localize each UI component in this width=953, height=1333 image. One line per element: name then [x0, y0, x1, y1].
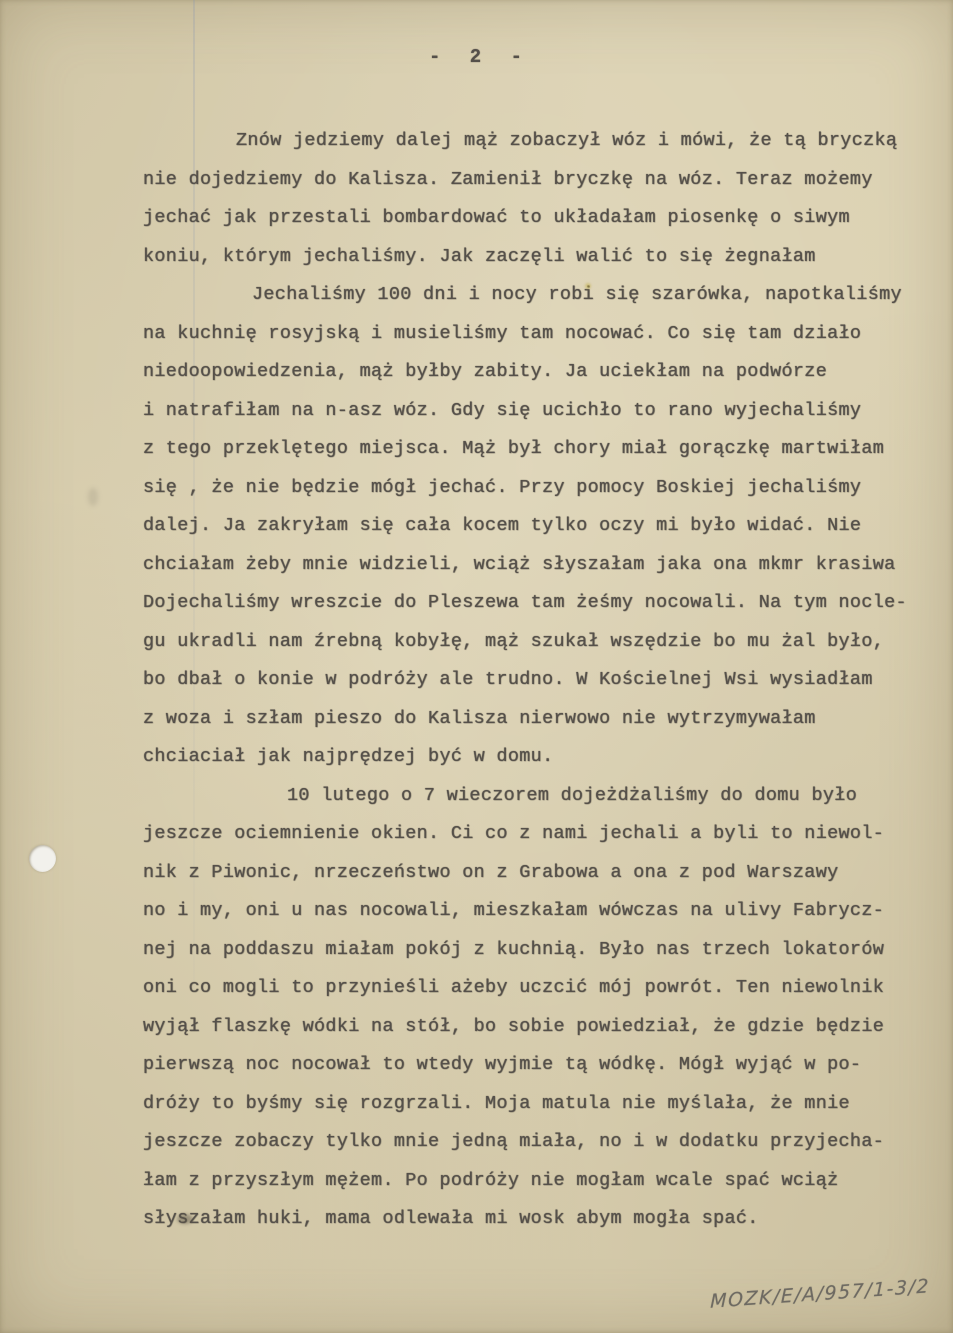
typed-line: Jechaliśmy 100 dni i nocy robi się szaró…: [143, 276, 953, 315]
typed-line: nej na poddaszu miałam pokój z kuchnią. …: [143, 931, 953, 970]
typed-line: koniu, którym jechaliśmy. Jak zaczęli wa…: [143, 238, 953, 277]
typed-line: się , że nie będzie mógł jechać. Przy po…: [143, 469, 953, 508]
typed-line: 10 lutego o 7 wieczorem dojeżdżaliśmy do…: [143, 777, 953, 816]
page-number: - 2 -: [0, 46, 953, 68]
scanned-typescript-page: - 2 - Znów jedziemy dalej mąż zobaczył w…: [0, 0, 953, 1333]
typed-line: z woza i szłam pieszo do Kalisza nierwow…: [143, 700, 953, 739]
typed-line: wyjął flaszkę wódki na stół, bo sobie po…: [143, 1008, 953, 1047]
typed-line: chciaciał jak najprędzej być w domu.: [143, 738, 953, 777]
typed-line: nie dojedziemy do Kalisza. Zamienił bryc…: [143, 161, 953, 200]
typed-line: gu ukradli nam źrebną kobyłę, mąż szukał…: [143, 623, 953, 662]
typed-line: niedoopowiedzenia, mąż byłby zabity. Ja …: [143, 353, 953, 392]
ink-smudge: [177, 1214, 193, 1224]
typed-line: no i my, oni u nas nocowali, mieszkałam …: [143, 892, 953, 931]
archival-reference-note: MOZK/E/A/957/1-3/2: [710, 1275, 930, 1312]
typed-line: jeszcze zobaczy tylko mnie jedną miała, …: [143, 1123, 953, 1162]
paper-stain: [585, 283, 591, 289]
typed-line: nik z Piwonic, nrzeczeństwo on z Grabowa…: [143, 854, 953, 893]
typescript-block: Znów jedziemy dalej mąż zobaczył wóz i m…: [143, 122, 953, 1239]
typed-line: Znów jedziemy dalej mąż zobaczył wóz i m…: [143, 122, 953, 161]
typed-line: oni co mogli to przynieśli ażeby uczcić …: [143, 969, 953, 1008]
typed-line: dalej. Ja zakryłam się cała kocem tylko …: [143, 507, 953, 546]
typed-line: i natrafiłam na n-asz wóz. Gdy się ucich…: [143, 392, 953, 431]
typed-line: jechać jak przestali bombardować to ukła…: [143, 199, 953, 238]
typed-line: słyszałam huki, mama odlewała mi wosk ab…: [143, 1200, 953, 1239]
typed-line: na kuchnię rosyjską i musieliśmy tam noc…: [143, 315, 953, 354]
typed-line: chciałam żeby mnie widzieli, wciąż słysz…: [143, 546, 953, 585]
hole-punch: [29, 845, 56, 872]
paper-stain: [88, 488, 98, 506]
typed-line: z tego przeklętego miejsca. Mąż był chor…: [143, 430, 953, 469]
typed-line: jeszcze ociemnienie okien. Ci co z nami …: [143, 815, 953, 854]
typed-line: łam z przyszłym mężem. Po podróży nie mo…: [143, 1162, 953, 1201]
typed-line: Dojechaliśmy wreszcie do Pleszewa tam że…: [143, 584, 953, 623]
typed-line: dróży to byśmy się rozgrzali. Moja matul…: [143, 1085, 953, 1124]
typed-line: pierwszą noc nocował to wtedy wyjmie tą …: [143, 1046, 953, 1085]
typed-line: bo dbał o konie w podróży ale trudno. W …: [143, 661, 953, 700]
